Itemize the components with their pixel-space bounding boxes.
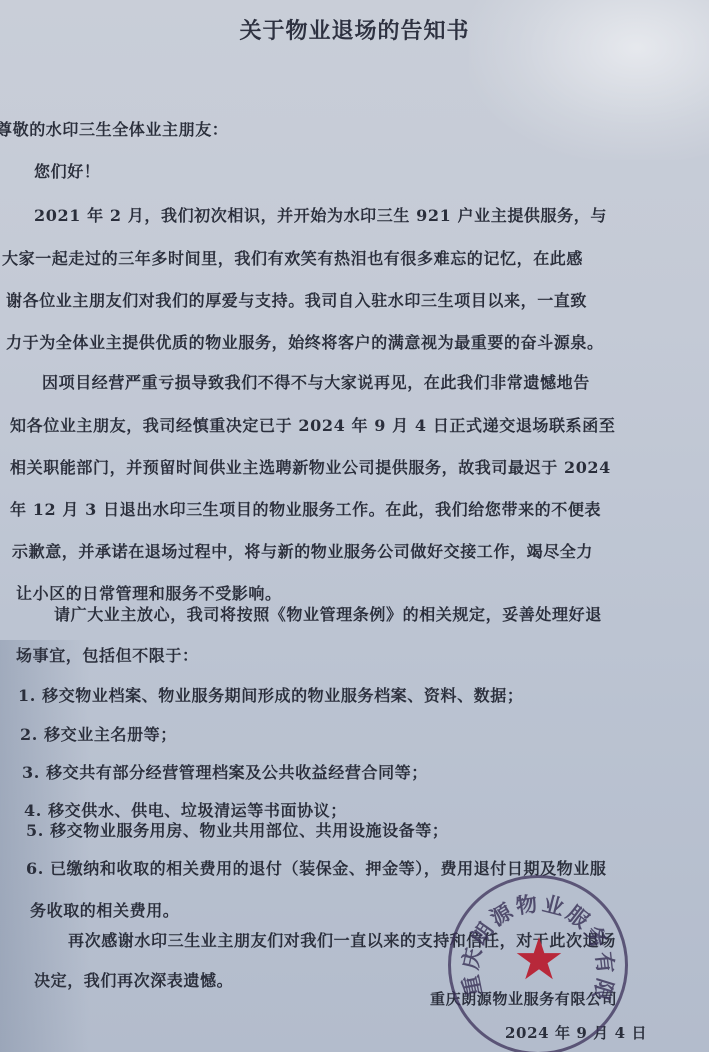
list-item: 1. 移交物业档案、物业服务期间形成的物业服务档案、资料、数据； [18, 683, 523, 706]
paragraph1-line: 力于为全体业主提供优质的物业服务，始终将客户的满意视为最重要的奋斗源泉。 [6, 330, 604, 353]
paragraph2-line: 示歉意，并承诺在退场过程中，将与新的物业服务公司做好交接工作，竭尽全力 [12, 539, 593, 562]
paragraph2-line: 相关职能部门，并预留时间供业主选聘新物业公司提供服务，故我司最迟于 2024 [10, 455, 611, 478]
star-icon: ★ [513, 930, 565, 988]
paragraph1-line: 2021 年 2 月，我们初次相识，并开始为水印三生 921 户业主提供服务，与 [34, 203, 607, 226]
greeting: 您们好！ [34, 159, 100, 182]
company-seal: 重庆朗源物业服务有限公司 ★ [448, 875, 628, 1052]
salutation: 尊敬的水印三生全体业主朋友： [0, 117, 228, 140]
paragraph2-line: 年 12 月 3 日退出水印三生项目的物业服务工作。在此，我们给您带来的不便表 [10, 497, 601, 520]
paragraph3-line: 场事宜，包括但不限于： [16, 643, 199, 666]
paragraph2-line: 因项目经营严重亏损导致我们不得不与大家说再见，在此我们非常遗憾地告 [42, 370, 590, 393]
list-item: 5. 移交物业服务用房、物业共用部位、共用设施设备等； [26, 818, 448, 841]
paragraph2-line: 知各位业主朋友，我司经慎重决定已于 2024 年 9 月 4 日正式递交退场联系… [10, 413, 615, 436]
paragraph2-line: 让小区的日常管理和服务不受影响。 [16, 581, 282, 604]
paragraph1-line: 谢各位业主朋友们对我们的厚爱与支持。我司自入驻水印三生项目以来，一直致 [6, 288, 587, 311]
list-item: 2. 移交业主名册等； [20, 722, 177, 745]
paragraph1-line: 大家一起走过的三年多时间里，我们有欢笑有热泪也有很多难忘的记忆，在此感 [2, 246, 583, 269]
closing-line: 决定，我们再次深表遗憾。 [34, 968, 233, 991]
list-item: 6. 已缴纳和收取的相关费用的退付（装保金、押金等），费用退付日期及物业服 [26, 856, 606, 879]
list-item: 务收取的相关费用。 [30, 898, 179, 921]
notice-document: 关于物业退场的告知书 尊敬的水印三生全体业主朋友： 您们好！ 2021 年 2 … [0, 0, 709, 1052]
document-title: 关于物业退场的告知书 [0, 14, 709, 45]
paragraph3-line: 请广大业主放心，我司将按照《物业管理条例》的相关规定，妥善处理好退 [54, 602, 602, 625]
list-item: 3. 移交共有部分经营管理档案及公共收益经营合同等； [22, 760, 428, 783]
